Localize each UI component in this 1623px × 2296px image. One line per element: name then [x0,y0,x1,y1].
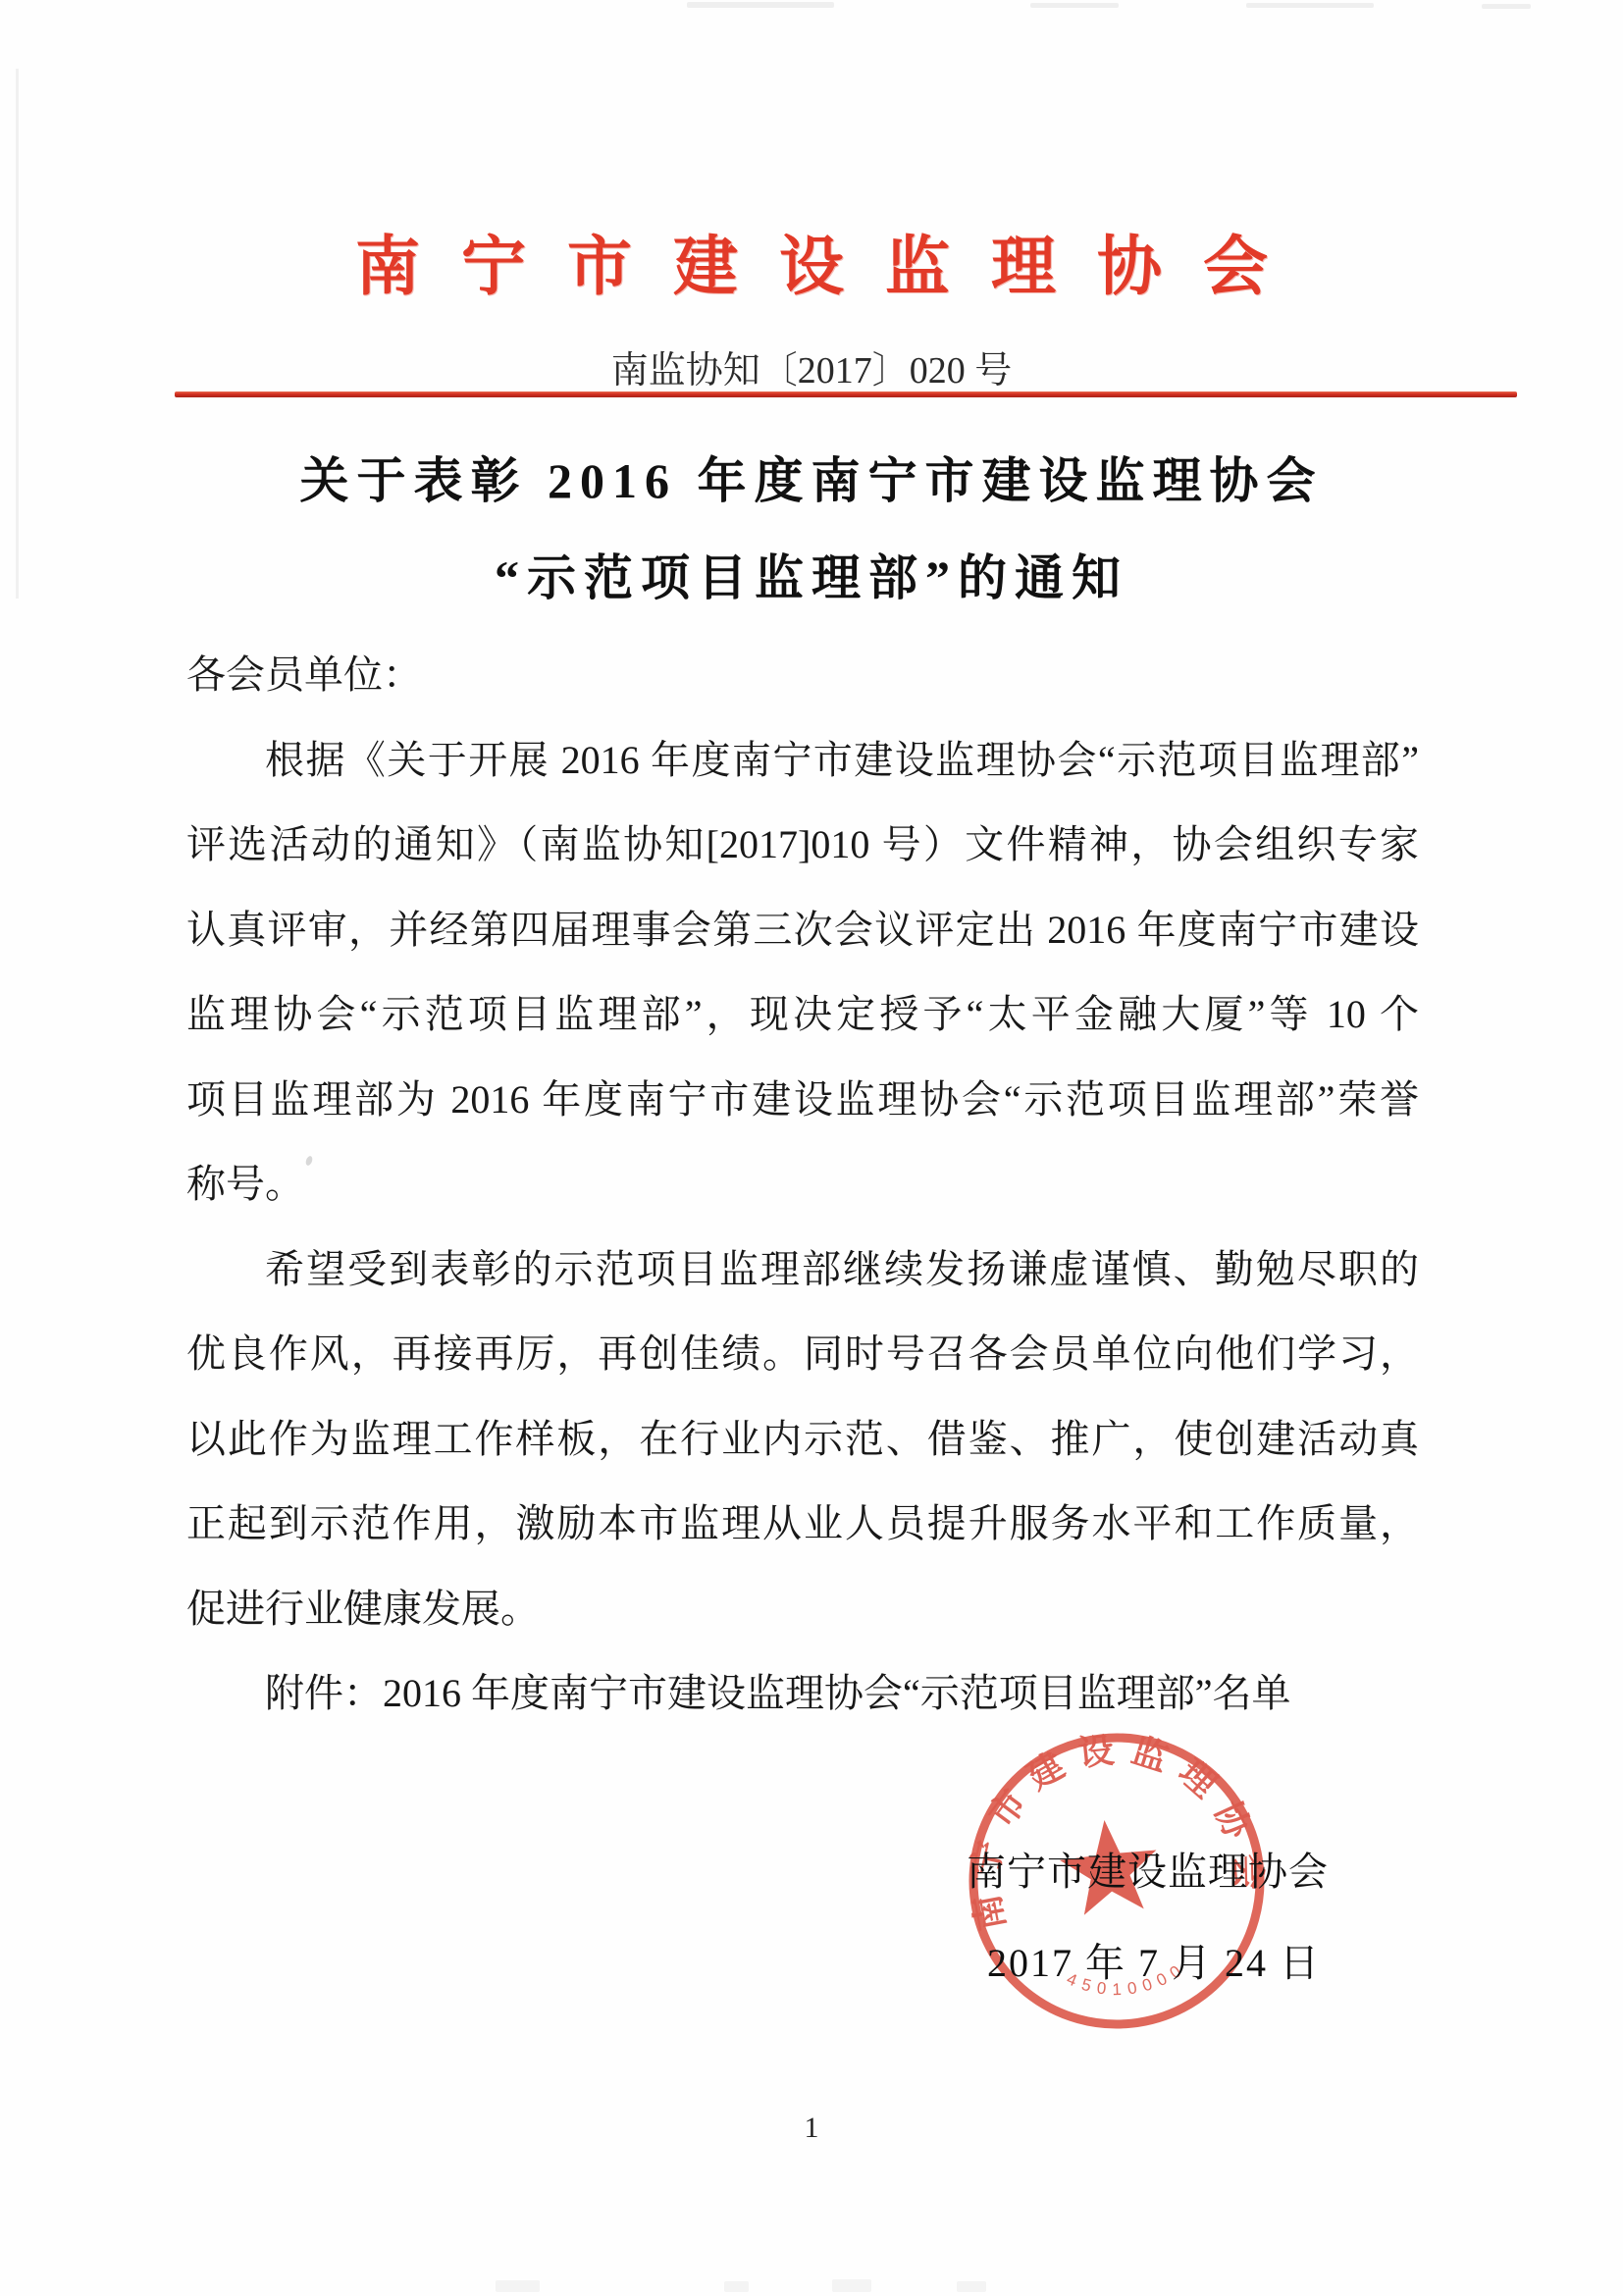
scan-edge-artifact [16,69,19,599]
scan-smudge [1482,4,1531,9]
salutation: 各会员单位： [186,632,1419,717]
scan-smudge [496,2280,540,2292]
seal-arc-text: 南宁市建设监理协会 [950,1716,1271,1934]
signature-date: 2017 年 7 月 24 日 [987,1932,1321,1988]
scan-speck [441,1597,445,1602]
signature-org: 南宁市建设监理协会 [967,1841,1329,1897]
scan-smudge [957,2281,986,2292]
document-page: 南宁市建设监理协会 南监协知〔2017〕020 号 关于表彰 2016 年度南宁… [0,0,1623,2296]
scan-smudge [1246,3,1374,8]
svg-text:南宁市建设监理协会: 南宁市建设监理协会 [950,1716,1271,1934]
org-masthead-title: 南宁市建设监理协会 [0,214,1623,307]
body-line: 优良作风，再接再厉，再创佳绩。同时号召各会员单位向他们学习， [186,1311,1419,1396]
page-number: 1 [0,2112,1623,2145]
body-line: 项目监理部为 2016 年度南宁市建设监理协会“示范项目监理部”荣誉 [186,1057,1419,1142]
body-line: 称号。 [186,1141,1419,1226]
body-line: 认真评审，并经第四届理事会第三次会议评定出 2016 年度南宁市建设 [186,887,1419,972]
doc-number: 南监协知〔2017〕020 号 [0,339,1623,393]
body-line: 根据《关于开展 2016 年度南宁市建设监理协会“示范项目监理部” [186,717,1419,803]
document-title-line1: 关于表彰 2016 年度南宁市建设监理协会 [0,442,1623,512]
body-line: 希望受到表彰的示范项目监理部继续发扬谦虚谨慎、勤勉尽职的 [186,1226,1419,1312]
document-title-line2: “示范项目监理部”的通知 [0,539,1623,609]
body-line: 促进行业健康发展。 [186,1566,1419,1651]
header-divider-rule [175,391,1517,397]
scan-smudge [832,2279,871,2292]
body-line: 监理协会“示范项目监理部”，现决定授予“太平金融大厦”等 10 个 [186,971,1419,1057]
body-line: 评选活动的通知》（南监协知[2017]010 号）文件精神，协会组织专家 [186,802,1419,887]
body-line: 正起到示范作用，激励本市监理从业人员提升服务水平和工作质量， [186,1481,1419,1566]
scan-smudge [687,2,834,8]
scan-smudge [1030,3,1119,8]
body-line: 以此作为监理工作样板，在行业内示范、借鉴、推广，使创建活动真 [186,1396,1419,1482]
scan-smudge [724,2281,749,2292]
